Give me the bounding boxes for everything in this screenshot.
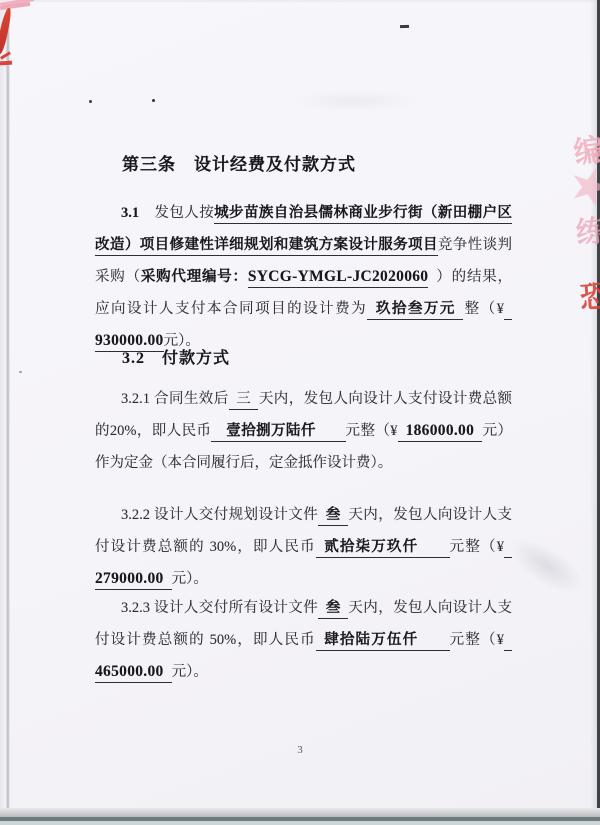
scan-bottom-shadow: [0, 808, 600, 817]
paper-speck: [152, 99, 155, 102]
text-run: 3.1: [121, 205, 139, 221]
text-run: 整（¥: [463, 301, 504, 317]
article-heading: 第三条 设计经费及付款方式: [122, 150, 356, 175]
scan-top-edge: [0, 0, 600, 2]
payment-method-heading: 3.2 付款方式: [122, 345, 230, 368]
text-run: 元）。: [172, 664, 208, 680]
text-run: 壹拾捌万陆仟: [211, 423, 345, 442]
clause-3-2-2-paragraph: 3.2.2 设计人交付规划设计文件 叁 天内，发包人向设计人支付设计费总额的 3…: [95, 499, 512, 595]
stamp-character-fragment: 练: [575, 217, 600, 250]
text-run: 3.2.2 设计人交付规划设计文件: [121, 507, 318, 523]
paper-smudge: [290, 90, 420, 112]
scanned-contract-page: 第三条 设计经费及付款方式 3.1 发包人按城步苗族自治县儒林商业步行街（新田棚…: [0, 0, 600, 825]
scan-right-shade: [590, 0, 597, 825]
text-run: 元整（¥: [450, 539, 504, 555]
paper-mark: [400, 25, 409, 28]
text-run: 肆拾陆万伍仟: [316, 632, 450, 651]
scan-left-edge: [0, 0, 10, 825]
text-run: 三: [229, 391, 259, 410]
text-run: 贰拾柒万玖仟: [316, 539, 450, 558]
red-ink-mark: [0, 60, 12, 65]
text-run: 叁: [318, 600, 348, 619]
clause-3-1-paragraph: 3.1 发包人按城步苗族自治县儒林商业步行街（新田棚户区改造）项目修建性详细规划…: [95, 197, 512, 357]
text-run: SYCG-YMGL-JC2020060: [248, 268, 429, 288]
text-run: 186000.00: [398, 422, 483, 442]
page-number: 3: [0, 744, 600, 756]
text-run: 元整（¥: [450, 632, 504, 648]
stamp-character-fragment: 恐: [579, 282, 600, 314]
paper-speck: [19, 371, 22, 373]
text-run: 叁: [318, 507, 348, 526]
text-run: 3.2.3 设计人交付所有设计文件: [121, 600, 318, 616]
stamp-star-fragment: ★: [564, 160, 600, 214]
clause-3-2-1-paragraph: 3.2.1 合同生效后 三 天内，发包人向设计人支付设计费总额的20%，即人民币…: [95, 383, 512, 479]
text-run: 发包人按: [139, 205, 214, 221]
paper-speck: [89, 100, 92, 103]
text-run: 采购代理编号：: [141, 269, 248, 285]
text-run: 3.2.1 合同生效后: [121, 391, 229, 407]
scan-bed-strip: [0, 821, 600, 825]
text-run: 元）。: [172, 571, 208, 587]
text-run: 元整（¥: [346, 423, 398, 439]
text-run: 玖拾叁万元: [367, 301, 463, 320]
paper-smudge: [502, 528, 592, 603]
clause-3-2-3-paragraph: 3.2.3 设计人交付所有设计文件 叁 天内，发包人向设计人支付设计费总额的 5…: [95, 592, 512, 688]
